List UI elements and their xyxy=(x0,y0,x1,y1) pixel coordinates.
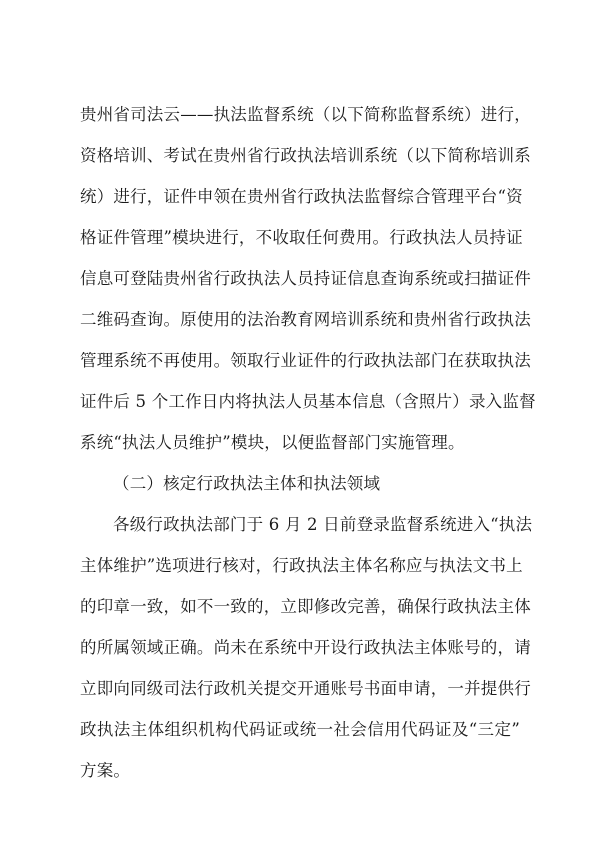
body-text-line: 信息可登陆贵州省行政执法人员持证信息查询系统或扫描证件 xyxy=(80,268,520,290)
body-text-line: 格证件管理”模块进行，不收取任何费用。行政执法人员持证 xyxy=(80,227,520,249)
body-text-line: 的所属领域正确。尚未在系统中开设行政执法主体账号的，请 xyxy=(80,637,520,659)
body-text-line: 政执法主体组织机构代码证或统一社会信用代码证及“三定” xyxy=(80,719,520,741)
body-text-line: 方案。 xyxy=(80,760,520,782)
body-text-line: 的印章一致，如不一致的，立即修改完善，确保行政执法主体 xyxy=(80,596,520,618)
body-text-line: 二维码查询。原使用的法治教育网培训系统和贵州省行政执法 xyxy=(80,309,520,331)
body-text-line: 证件后 5 个工作日内将执法人员基本信息（含照片）录入监督 xyxy=(80,391,520,413)
body-text-line: 贵州省司法云——执法监督系统（以下简称监督系统）进行， xyxy=(80,104,520,126)
body-text-line: 管理系统不再使用。领取行业证件的行政执法部门在获取执法 xyxy=(80,350,520,372)
body-text-line: 各级行政执法部门于 6 月 2 日前登录监督系统进入“执法 xyxy=(113,514,520,536)
body-text-line: 资格培训、考试在贵州省行政执法培训系统（以下简称培训系 xyxy=(80,145,520,167)
body-text-line: 主体维护”选项进行核对，行政执法主体名称应与执法文书上 xyxy=(80,555,520,577)
body-text-line: 系统“执法人员维护”模块，以便监督部门实施管理。 xyxy=(80,432,520,454)
section-heading: （二）核定行政执法主体和执法领域 xyxy=(113,473,553,495)
body-text-line: 统）进行，证件申领在贵州省行政执法监督综合管理平台“资 xyxy=(80,186,520,208)
body-text-line: 立即向同级司法行政机关提交开通账号书面申请，一并提供行 xyxy=(80,678,520,700)
